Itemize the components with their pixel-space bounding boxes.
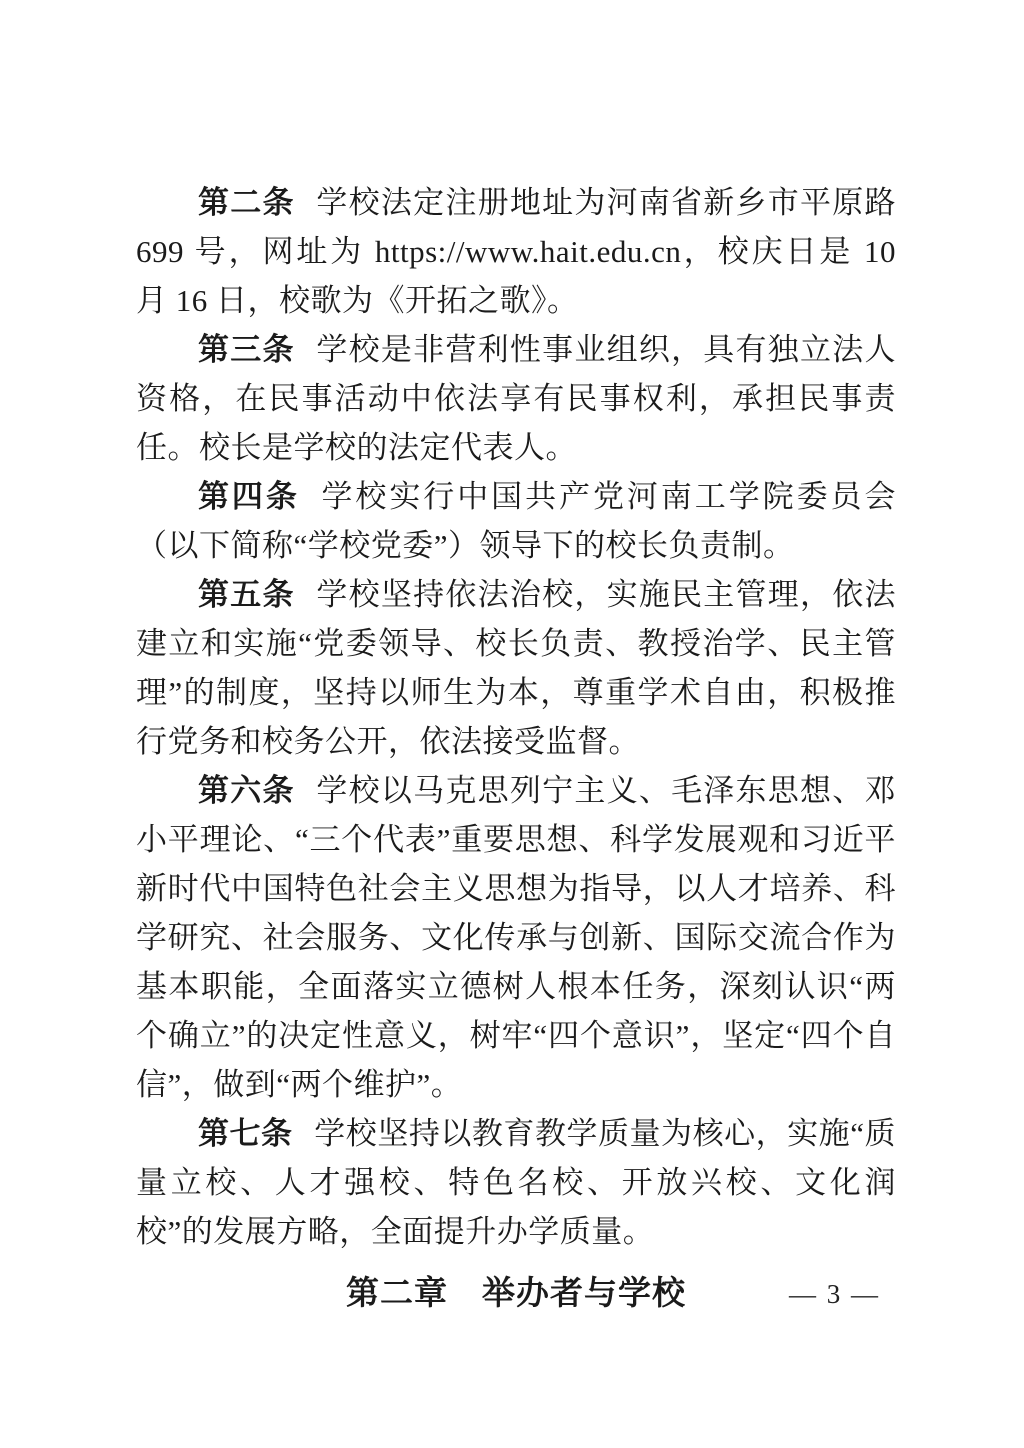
document-page: 第二条学校法定注册地址为河南省新乡市平原路 699 号，网址为 https://…	[0, 0, 1024, 1448]
article-number: 第六条	[198, 773, 295, 808]
article-number: 第五条	[198, 577, 295, 612]
chapter-heading: 第二章 举办者与学校	[136, 1268, 896, 1320]
page-number: — 3 —	[789, 1278, 880, 1310]
article-paragraph: 第四条学校实行中国共产党河南工学院委员会（以下简称“学校党委”）领导下的校长负责…	[136, 472, 896, 570]
article-text: 学校以马克思列宁主义、毛泽东思想、邓小平理论、“三个代表”重要思想、科学发展观和…	[136, 773, 896, 1102]
article-number: 第四条	[198, 479, 300, 514]
article-paragraph: 第二条学校法定注册地址为河南省新乡市平原路 699 号，网址为 https://…	[136, 178, 896, 325]
article-number: 第三条	[198, 332, 295, 367]
article-paragraph: 第三条学校是非营利性事业组织，具有独立法人资格，在民事活动中依法享有民事权利，承…	[136, 325, 896, 472]
article-paragraph: 第七条学校坚持以教育教学质量为核心，实施“质量立校、人才强校、特色名校、开放兴校…	[136, 1109, 896, 1256]
article-paragraph: 第六条学校以马克思列宁主义、毛泽东思想、邓小平理论、“三个代表”重要思想、科学发…	[136, 766, 896, 1109]
article-paragraph: 第五条学校坚持依法治校，实施民主管理，依法建立和实施“党委领导、校长负责、教授治…	[136, 570, 896, 766]
document-body: 第二条学校法定注册地址为河南省新乡市平原路 699 号，网址为 https://…	[136, 178, 896, 1320]
article-number: 第二条	[198, 185, 295, 220]
article-number: 第七条	[198, 1116, 293, 1151]
